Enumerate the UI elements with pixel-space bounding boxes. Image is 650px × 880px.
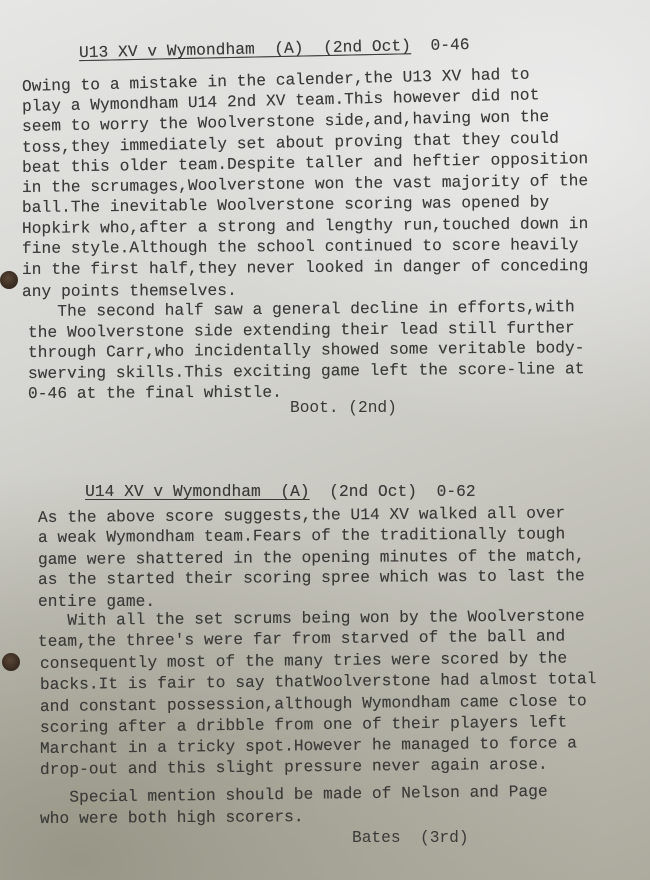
- punch-hole: [0, 271, 18, 289]
- match-date: (2nd Oct): [329, 483, 417, 501]
- punch-hole: [2, 653, 20, 671]
- report-line: who were both high scorers.: [40, 807, 304, 829]
- report-line: entire game.: [38, 592, 155, 612]
- venue: (A): [274, 39, 304, 58]
- fixture-title: U14 XV v Wymondham: [85, 483, 261, 501]
- report-line: a weak Wymondham team.Fears of the tradi…: [38, 524, 565, 548]
- match-date: (2nd Oct): [323, 37, 411, 57]
- report-line: team,the three's were far from starved o…: [38, 626, 565, 652]
- report-line: swerving skills.This exciting game left …: [28, 359, 585, 384]
- report-signature: Boot. (2nd): [290, 399, 397, 417]
- typewritten-page: U13 XV v Wymondham (A) (2nd Oct) 0-46 Ow…: [0, 0, 650, 880]
- score: 0-62: [437, 483, 476, 501]
- report-line: 0-46 at the final whistle.: [28, 383, 282, 404]
- report-line: drop-out and this slight pressure never …: [40, 755, 548, 780]
- report-line: fine style.Although the school continued…: [22, 235, 579, 259]
- report-signature: Bates (3rd): [352, 829, 469, 847]
- report-line: Special mention should be made of Nelson…: [40, 782, 548, 808]
- report-line: any points themselves.: [22, 281, 237, 302]
- score: 0-46: [430, 36, 469, 55]
- venue: (A): [280, 483, 309, 501]
- fixture-title: U13 XV v Wymondham: [79, 41, 255, 63]
- report-line: in the first half,they never looked in d…: [22, 256, 588, 280]
- report-line: as the started their scoring spree which…: [38, 566, 585, 590]
